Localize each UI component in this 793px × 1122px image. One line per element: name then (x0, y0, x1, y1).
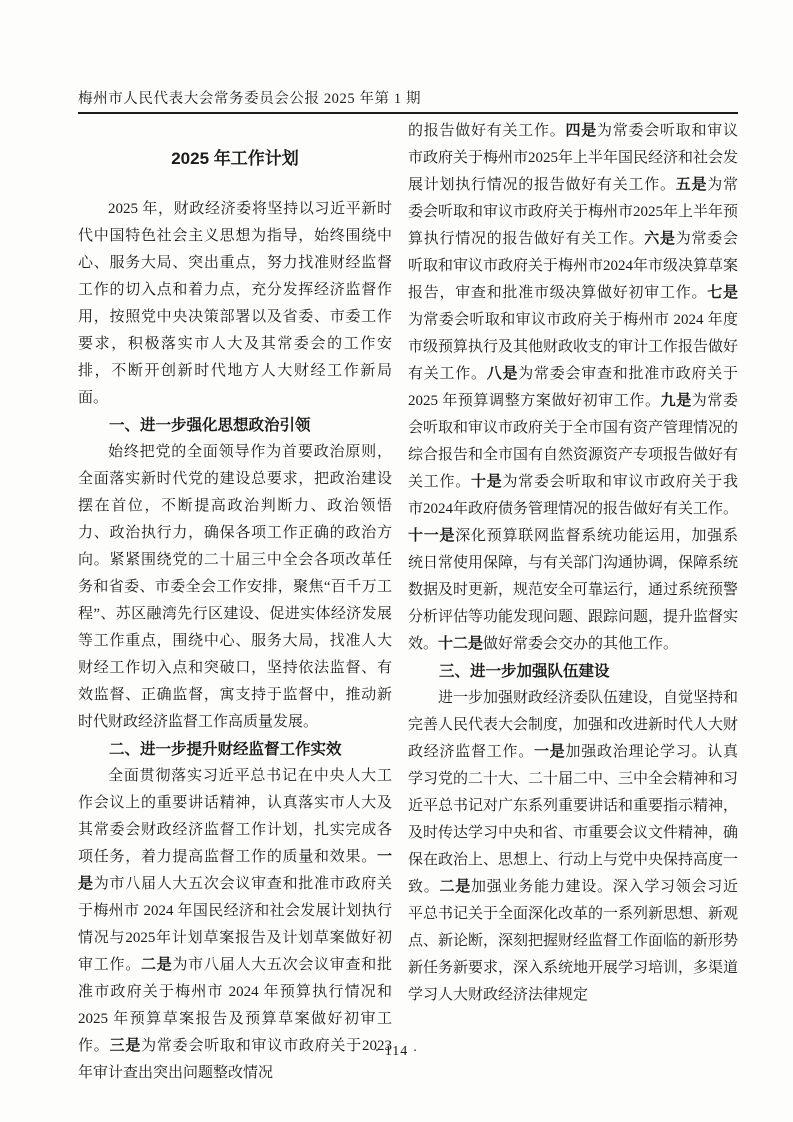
document-title: 2025 年工作计划 (78, 146, 392, 172)
text-run: 深化预算联网监督系统功能运用，加强系统日常使用保障，与有关部门沟通协调，保障系统… (408, 528, 738, 652)
bold-text-run: 二、进一步提升财经监督工作实效 (109, 741, 342, 758)
bold-text-run: 十是 (471, 474, 503, 490)
page-number: · 114 · (0, 1044, 793, 1060)
bold-text-run: 2025 年工作计划 (171, 149, 299, 168)
bold-text-run: 一是 (534, 744, 566, 760)
bold-text-run: 十二是 (438, 636, 483, 652)
bold-text-run: 八是 (487, 366, 519, 382)
text-run: 始终把党的全面领导作为首要政治原则，全面落实新时代党的建设总要求，把政治建设摆在… (78, 444, 392, 730)
text-run: 加强政治理论学习。认真学习党的二十大、二十届二中、三中全会精神和习近平总书记对广… (408, 744, 738, 895)
text-run: 的报告做好有关工作。 (408, 123, 565, 139)
bold-text-run: 三、进一步加强队伍建设 (439, 663, 610, 680)
bold-text-run: 十一是 (408, 528, 455, 544)
journal-running-header: 梅州市人民代表大会常务委员会公报 2025 年第 1 期 (78, 87, 738, 108)
text-run: 加强业务能力建设。深入学习领会习近平总书记关于全面深化改革的一系列新思想、新观点… (408, 879, 738, 1003)
right-column: 的报告做好有关工作。四是为常委会听取和审议市政府关于梅州市2025年上半年国民经… (408, 118, 738, 1087)
bold-text-run: 七是 (707, 285, 738, 301)
paragraph: 进一步加强财政经济委队伍建设，自觉坚持和完善人民代表大会制度，加强和改进新时代人… (408, 685, 738, 1009)
bulletin-page: 梅州市人民代表大会常务委员会公报 2025 年第 1 期 2025 年工作计划2… (0, 0, 793, 1122)
section-heading: 一、进一步强化思想政治引领 (78, 412, 392, 439)
paragraph: 2025 年，财政经济委将坚持以习近平新时代中国特色社会主义思想为指导，始终围绕… (78, 196, 392, 412)
paragraph: 全面贯彻落实习近平总书记在中央人大工作会议上的重要讲话精神，认真落实市人大及其常… (78, 763, 392, 1087)
bold-text-run: 二是 (141, 957, 172, 973)
bold-text-run: 九是 (661, 393, 692, 409)
left-column: 2025 年工作计划2025 年，财政经济委将坚持以习近平新时代中国特色社会主义… (78, 118, 392, 1087)
bold-text-run: 五是 (676, 177, 708, 193)
bold-text-run: 六是 (644, 231, 676, 247)
paragraph: 始终把党的全面领导作为首要政治原则，全面落实新时代党的建设总要求，把政治建设摆在… (78, 439, 392, 736)
text-run: 做好常委会交办的其他工作。 (483, 636, 678, 652)
text-run: 全面贯彻落实习近平总书记在中央人大工作会议上的重要讲话精神，认真落实市人大及其常… (78, 768, 392, 865)
bold-text-run: 二是 (440, 879, 472, 895)
paragraph: 的报告做好有关工作。四是为常委会听取和审议市政府关于梅州市2025年上半年国民经… (408, 118, 738, 658)
two-column-body: 2025 年工作计划2025 年，财政经济委将坚持以习近平新时代中国特色社会主义… (78, 118, 738, 1087)
section-heading: 二、进一步提升财经监督工作实效 (78, 736, 392, 763)
section-heading: 三、进一步加强队伍建设 (408, 658, 738, 685)
bold-text-run: 一、进一步强化思想政治引领 (109, 417, 311, 434)
text-run: 2025 年，财政经济委将坚持以习近平新时代中国特色社会主义思想为指导，始终围绕… (78, 201, 392, 406)
header-rule-divider (78, 112, 738, 114)
bold-text-run: 四是 (565, 123, 597, 139)
